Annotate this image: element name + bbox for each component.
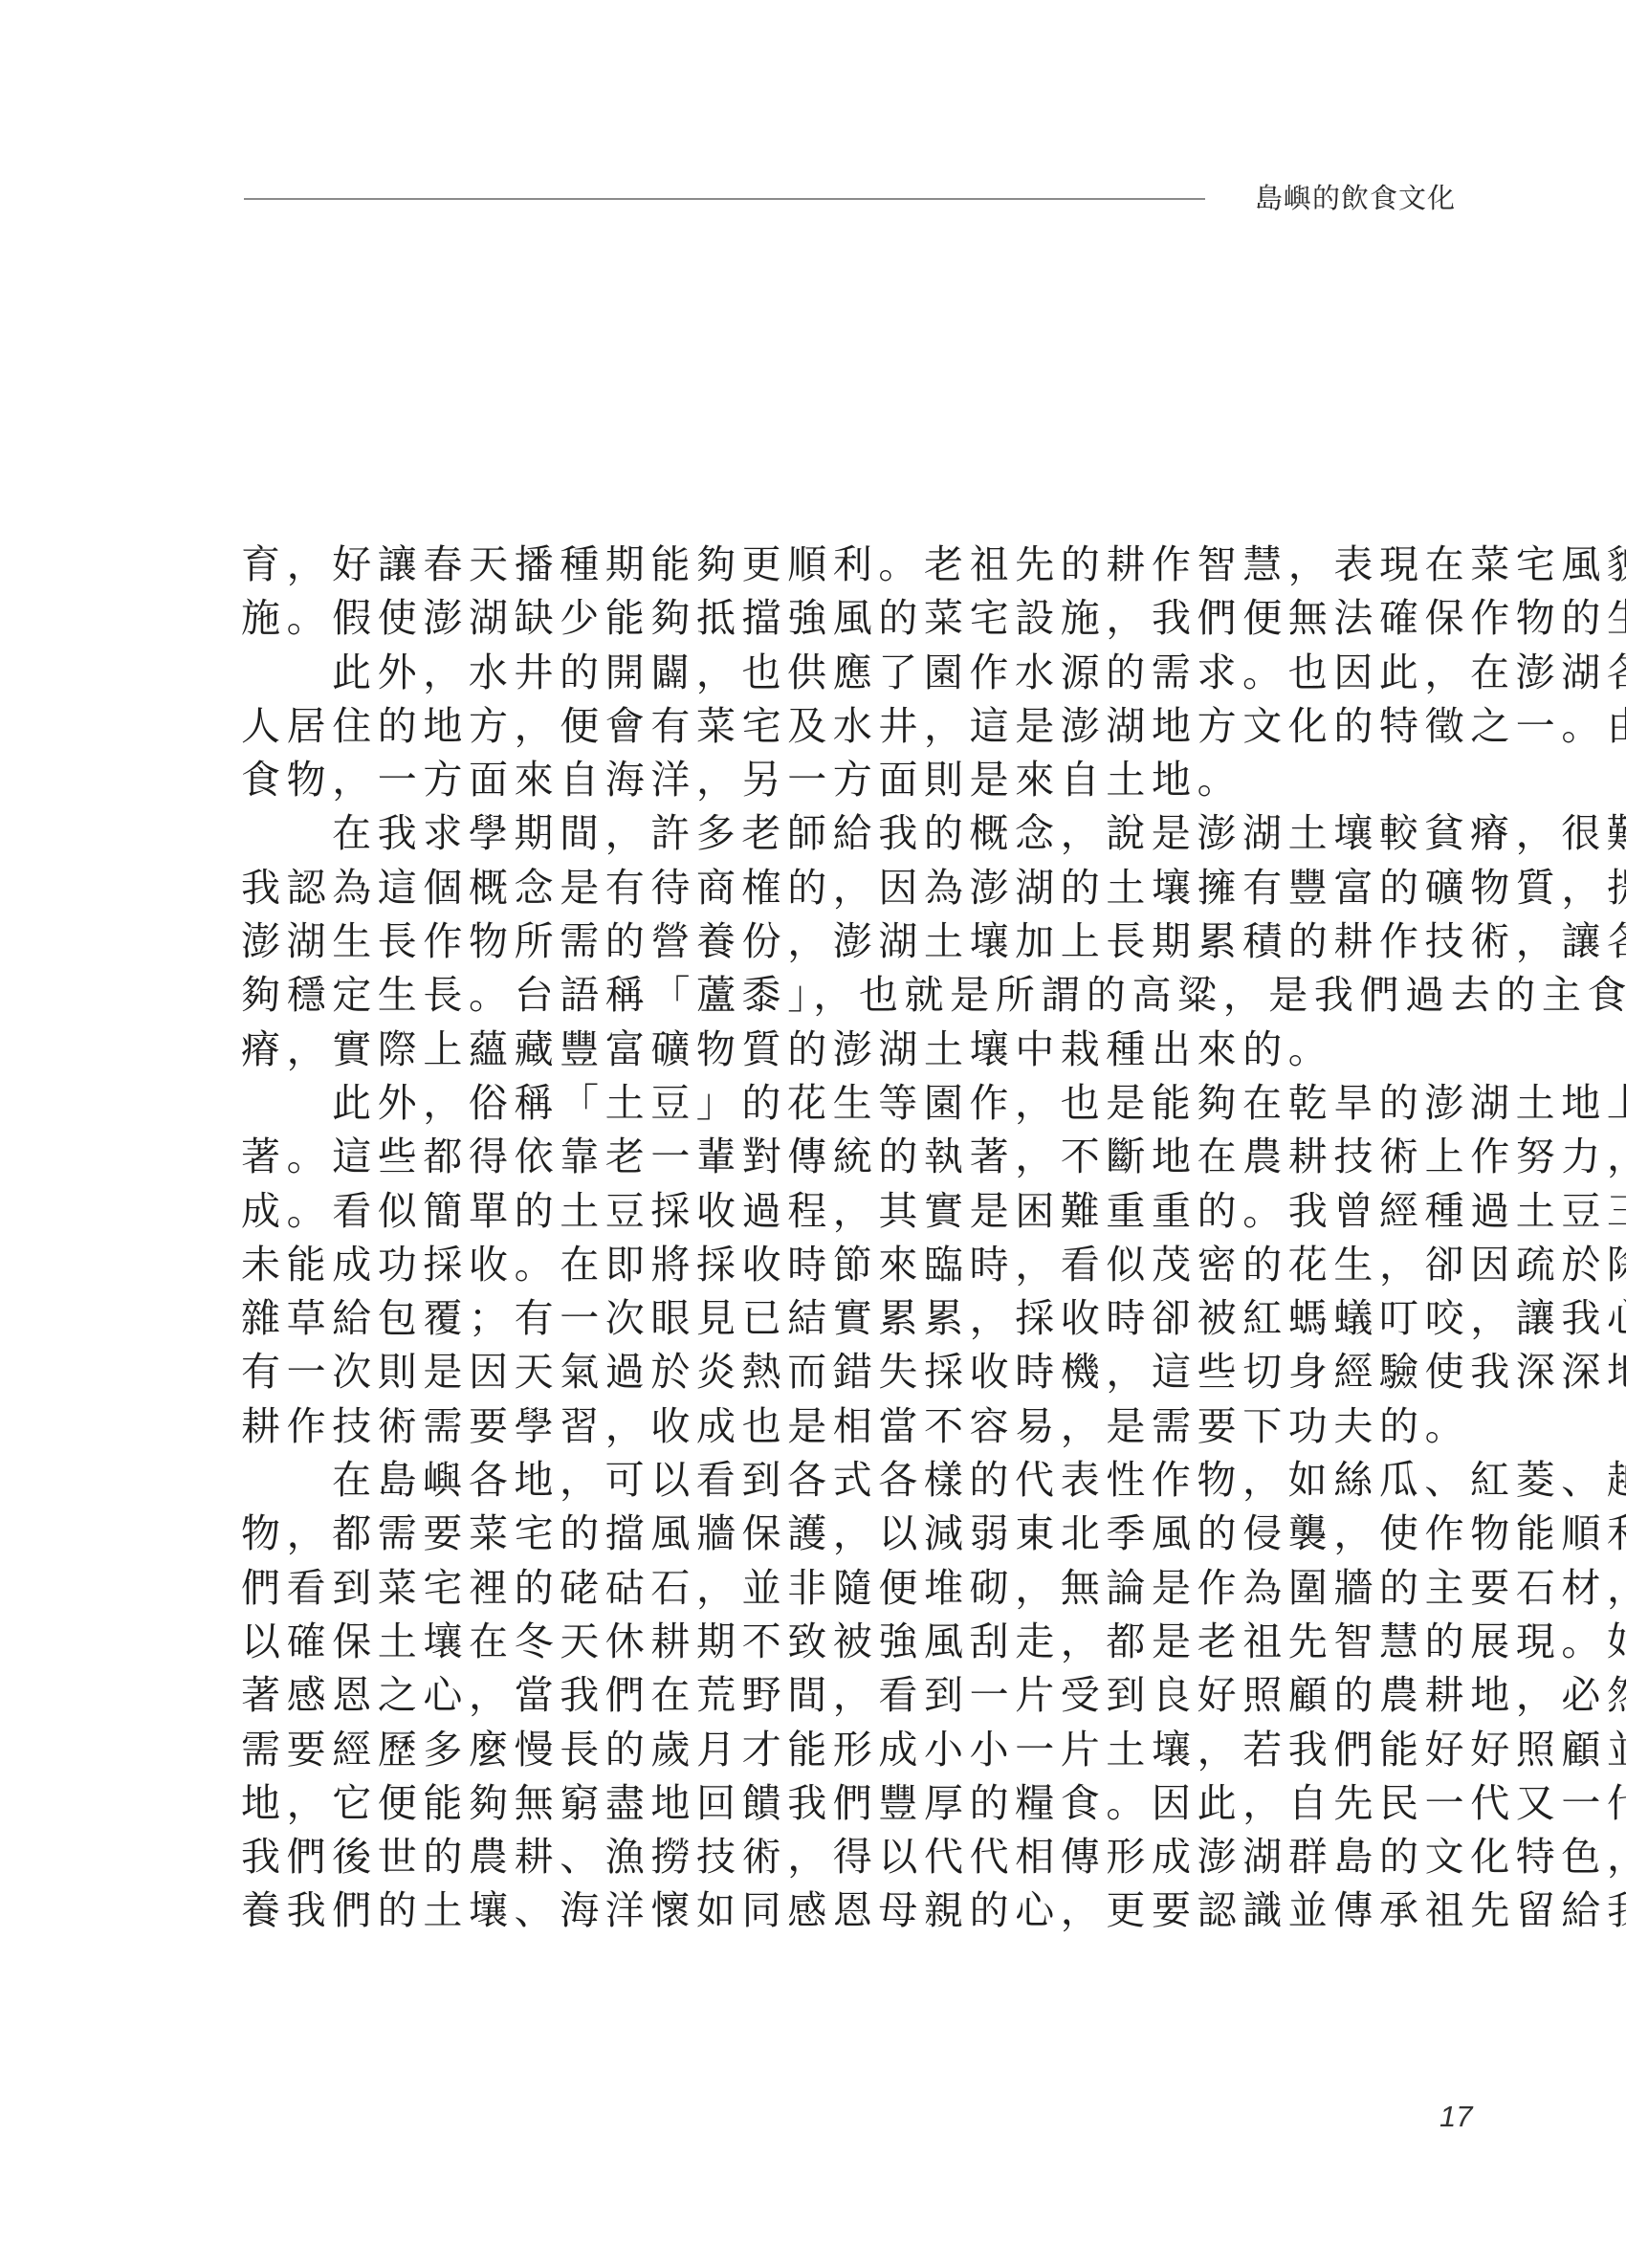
header-rule	[244, 198, 1205, 200]
paragraph-first-line: 在島嶼各地，可以看到各式各樣的代表性作物，如絲瓜、紅菱、越瓜等及其他作	[241, 1453, 1427, 1507]
text-line: 著。這些都得依靠老一輩對傳統的執著，不斷地在農耕技術上作努力，才能夠有所收	[241, 1130, 1427, 1183]
text-line: 需要經歷多麼慢長的歲月才能形成小小一片土壤，若我們能好好照顧並愛惜這片島嶼土	[241, 1723, 1427, 1776]
text-line: 夠穩定生長。台語稱「蘆黍」，也就是所謂的高粱，是我們過去的主食，就是在看似貧	[241, 968, 1427, 1022]
running-header-title: 島嶼的飲食文化	[1255, 174, 1437, 222]
text-line: 以確保土壤在冬天休耕期不致被強風刮走，都是老祖先智慧的展現。如果我們對土壤懷	[241, 1615, 1427, 1668]
text-line: 瘠，實際上蘊藏豐富礦物質的澎湖土壤中栽種出來的。	[241, 1023, 1427, 1076]
text-line: 有一次則是因天氣過於炎熱而錯失採收時機，這些切身經驗使我深深地體會到，不僅是	[241, 1345, 1427, 1398]
page-number: 17	[1439, 2100, 1497, 2134]
text-line: 耕作技術需要學習，收成也是相當不容易，是需要下功夫的。	[241, 1399, 1427, 1453]
text-line: 食物，一方面來自海洋，另一方面則是來自土地。	[241, 753, 1427, 806]
text-line: 育，好讓春天播種期能夠更順利。老祖先的耕作智慧，表現在菜宅風貌及相關的耕作措	[241, 538, 1427, 591]
text-line: 人居住的地方，便會有菜宅及水井，這是澎湖地方文化的特徵之一。由此可知，澎湖的	[241, 699, 1427, 753]
text-line: 物，都需要菜宅的擋風牆保護，以減弱東北季風的侵襲，使作物能順利成長。現今，我	[241, 1507, 1427, 1560]
text-line: 雜草給包覆；有一次眼見已結實累累，採收時卻被紅螞蟻叮咬，讓我心生恐懼而作罷；	[241, 1291, 1427, 1345]
paragraph-first-line: 此外，俗稱「土豆」的花生等園作，也是能夠在乾旱的澎湖土地上欣欣向榮生長	[241, 1076, 1427, 1130]
body-text: 育，好讓春天播種期能夠更順利。老祖先的耕作智慧，表現在菜宅風貌及相關的耕作措施。…	[241, 538, 1427, 1938]
text-line: 未能成功採收。在即將採收時節來臨時，看似茂密的花生，卻因疏於除草而被大面積的	[241, 1238, 1427, 1291]
text-line: 施。假使澎湖缺少能夠抵擋強風的菜宅設施，我們便無法確保作物的生長。	[241, 591, 1427, 645]
text-line: 成。看似簡單的土豆採收過程，其實是困難重重的。我曾經種過土豆三次，竟然三次都	[241, 1184, 1427, 1238]
text-line: 著感恩之心，當我們在荒野間，看到一片受到良好照顧的農耕地，必然心生感動。想像	[241, 1668, 1427, 1722]
paragraph-first-line: 在我求學期間，許多老師給我的概念，說是澎湖土壤較貧瘠，很難種出好的作物，	[241, 806, 1427, 860]
text-line: 澎湖生長作物所需的營養份，澎湖土壤加上長期累積的耕作技術，讓各種在地作物都能	[241, 914, 1427, 968]
text-line: 我們後世的農耕、漁撈技術，得以代代相傳形成澎湖群島的文化特色，我們不但要對餵	[241, 1830, 1427, 1883]
text-line: 我認為這個概念是有待商榷的，因為澎湖的土壤擁有豐富的礦物質，提供各種適合在	[241, 861, 1427, 914]
text-line: 養我們的土壤、海洋懷如同感恩母親的心，更要認識並傳承祖先留給我們珍貴的有形、	[241, 1883, 1427, 1937]
text-line: 們看到菜宅裡的硓𥑮石，並非隨便堆砌，無論是作為圍牆的主要石材，或是為了覆土，	[241, 1561, 1427, 1615]
document-page: 島嶼的飲食文化 育，好讓春天播種期能夠更順利。老祖先的耕作智慧，表現在菜宅風貌及…	[0, 0, 1626, 2268]
paragraph-first-line: 此外，水井的開闢，也供應了園作水源的需求。也因此，在澎湖各島嶼，只要是有	[241, 646, 1427, 699]
text-line: 地，它便能夠無窮盡地回饋我們豐厚的糧食。因此，自先民一代又一代的努力，遺留給	[241, 1776, 1427, 1830]
